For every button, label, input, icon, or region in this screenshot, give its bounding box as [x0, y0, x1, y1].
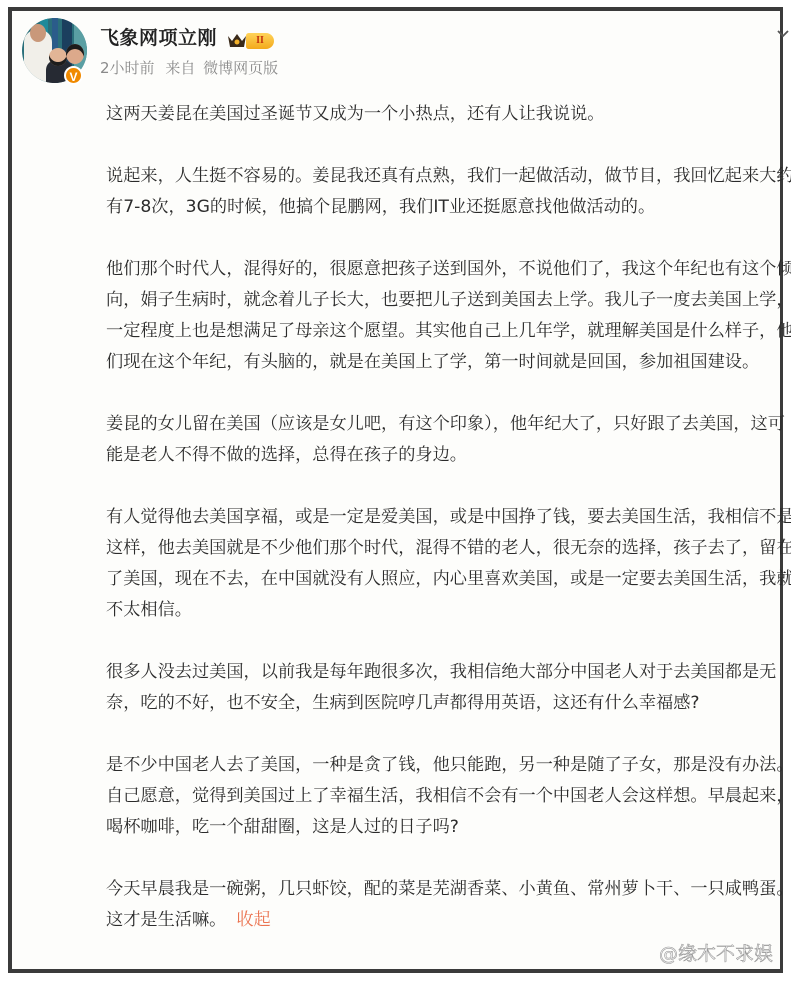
- author-name[interactable]: 飞象网项立刚: [100, 23, 217, 50]
- paragraph-last: 今天早晨我是一碗粥，几只虾饺，配的菜是芜湖香菜、小黄鱼、常州萝卜干、一只咸鸭蛋。…: [106, 874, 791, 936]
- paragraph: 很多人没去过美国，以前我是每年跑很多次，我相信绝大部分中国老人对于去美国都是无奈…: [106, 657, 791, 719]
- post-body: 这两天姜昆在美国过圣诞节又成为一个小热点，还有人让我说说。 说起来，人生挺不容易…: [106, 99, 791, 936]
- source-prefix: 来自: [165, 59, 195, 77]
- paragraph: 他们那个时代人，混得好的，很愿意把孩子送到国外，不说他们了，我这个年纪也有这个倾…: [106, 254, 791, 378]
- paragraph: 是不少中国老人去了美国，一种是贪了钱，他只能跑，另一种是随了子女，那是没有办法。…: [106, 750, 791, 843]
- paragraph: 说起来，人生挺不容易的。姜昆我还真有点熟，我们一起做活动，做节目，我回忆起来大约…: [106, 161, 791, 223]
- paragraph: 有人觉得他去美国享福，或是一定是爱美国，或是中国挣了钱，要去美国生活，我相信不是…: [106, 502, 791, 626]
- collapse-link[interactable]: 收起: [236, 910, 270, 930]
- post-time[interactable]: 2小时前: [100, 59, 155, 77]
- watermark: @缘木不求娱: [659, 939, 773, 966]
- chevron-down-icon[interactable]: [777, 28, 789, 40]
- verified-badge-icon: V: [64, 66, 83, 85]
- post-source: 微博网页版: [203, 59, 278, 77]
- paragraph: 今天早晨我是一碗粥，几只虾饺，配的菜是芜湖香菜、小黄鱼、常州萝卜干、一只咸鸭蛋。…: [106, 879, 791, 930]
- post-meta: 2小时前 来自 微博网页版: [100, 57, 284, 78]
- crown-icon: [226, 31, 248, 49]
- weibo-post-card: V 飞象网项立刚 II 2小时前 来自 微博网页版 这两天姜昆在美国过圣诞节又成…: [8, 7, 783, 973]
- paragraph: 这两天姜昆在美国过圣诞节又成为一个小热点，还有人让我说说。: [106, 99, 791, 130]
- paragraph: 姜昆的女儿留在美国（应该是女儿吧，有这个印象），他年纪大了，只好跟了去美国，这可…: [106, 409, 791, 471]
- member-level-badge[interactable]: II: [246, 33, 274, 49]
